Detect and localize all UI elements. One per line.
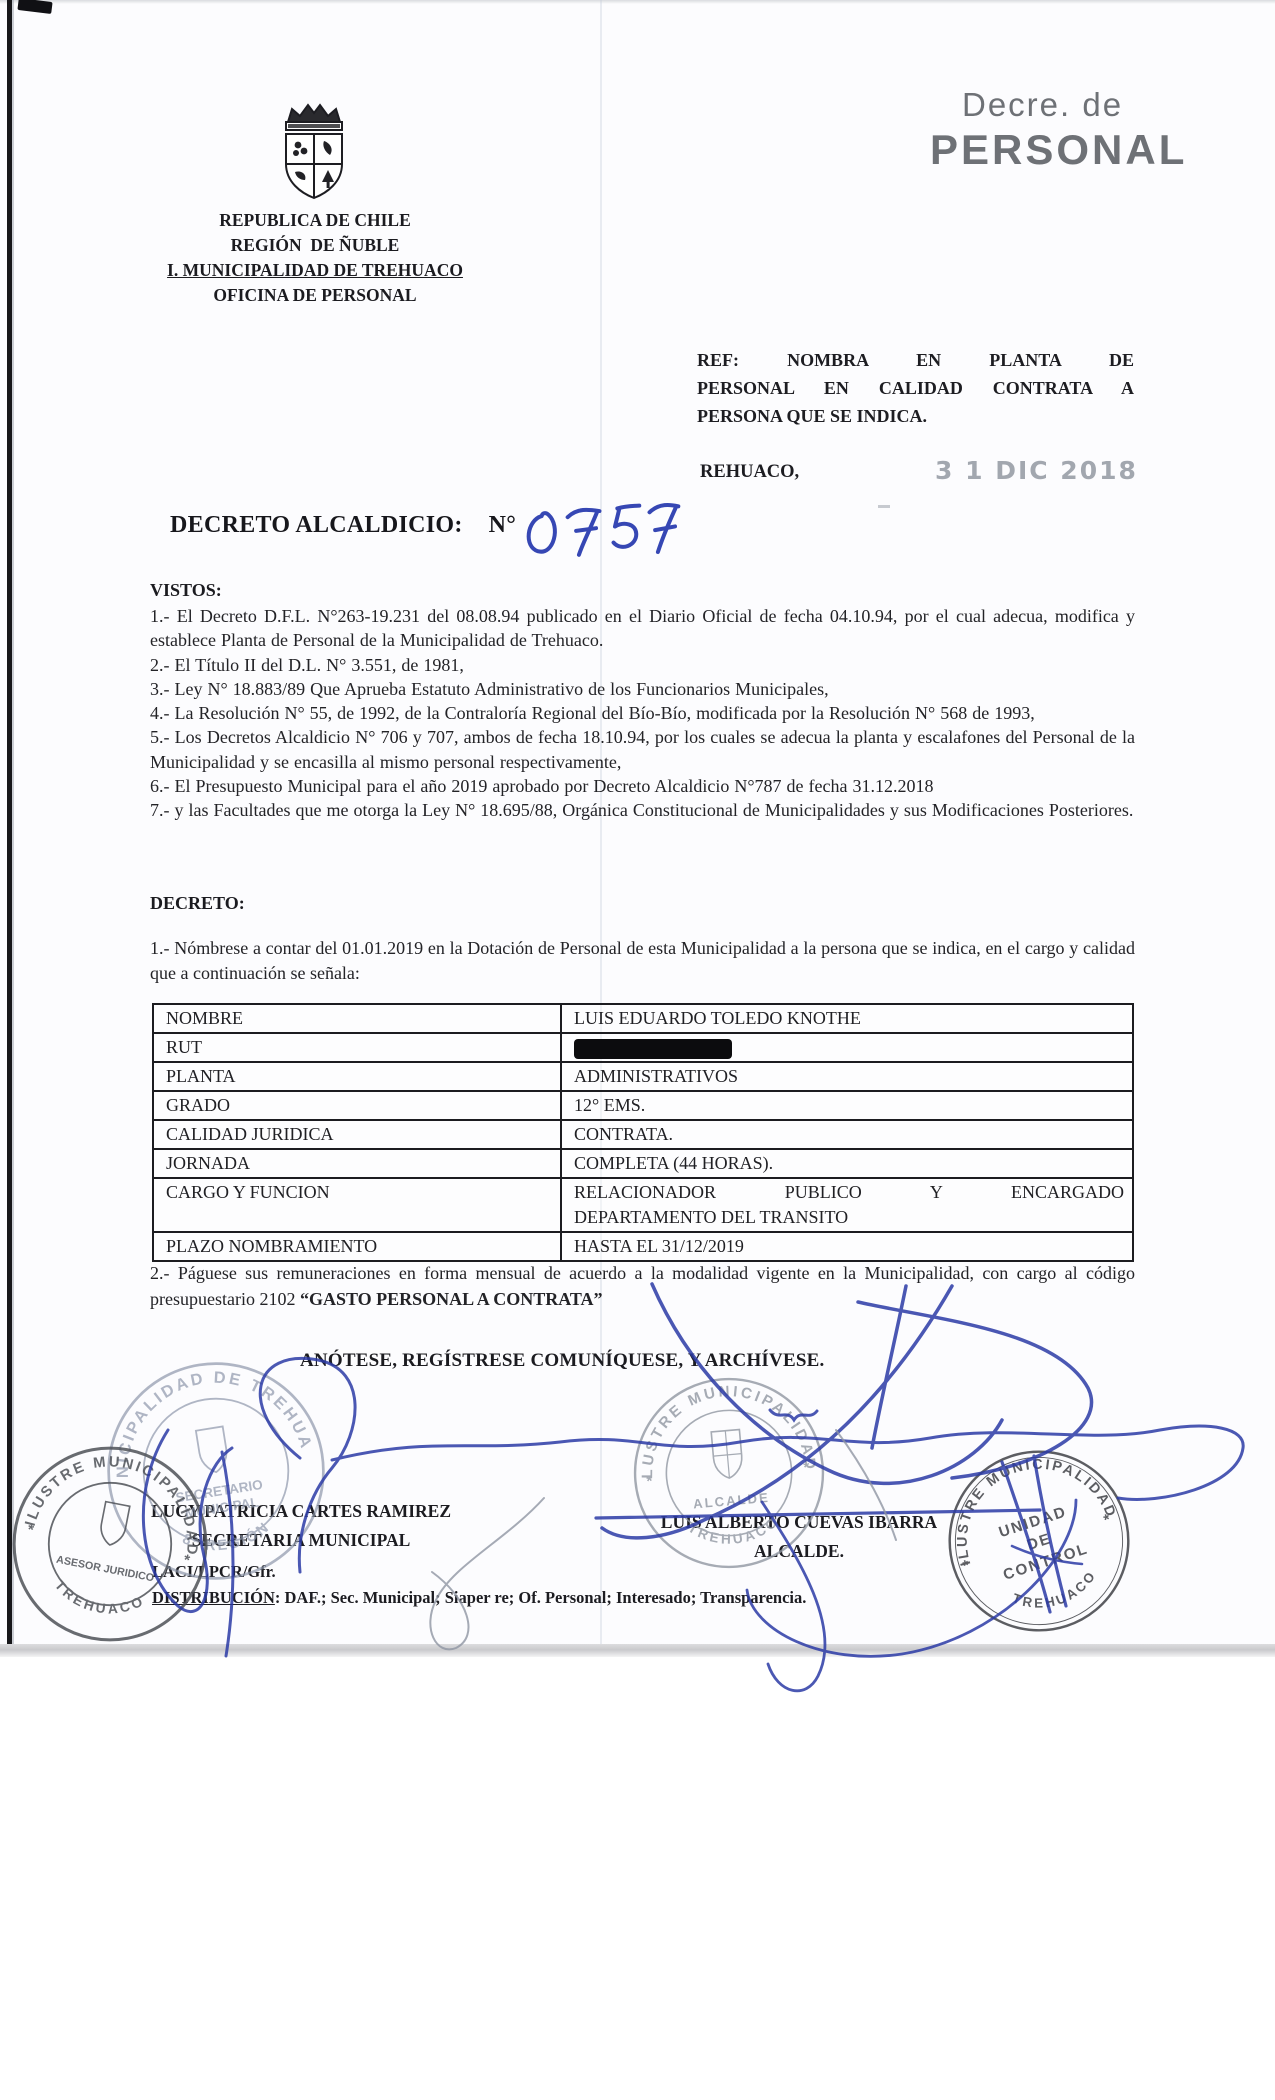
secretary-title: SECRETARIA MUNICIPAL bbox=[118, 1526, 484, 1555]
ref-block: REF: NOMBRA EN PLANTA DE PERSONAL EN CAL… bbox=[697, 346, 1134, 430]
vistos-item-7: 7.- y las Facultades que me otorga la Le… bbox=[150, 798, 1135, 822]
stamp-star-left: * bbox=[646, 1473, 653, 1490]
appointment-table: NOMBRELUIS EDUARDO TOLEDO KNOTHE RUT PLA… bbox=[152, 1003, 1134, 1262]
ref-line-2: PERSONAL EN CALIDAD CONTRATA A bbox=[697, 374, 1134, 402]
svg-text:TREHUACO: TREHUACO bbox=[1007, 1564, 1105, 1621]
decreto-clause-2: 2.- Páguese sus remuneraciones en forma … bbox=[150, 1260, 1135, 1312]
row-value: HASTA EL 31/12/2019 bbox=[562, 1233, 1132, 1260]
footer-initials: LACI/LPCR/Gfr. bbox=[152, 1562, 276, 1582]
row-value-line1: RELACIONADOR PUBLICO Y ENCARGADO bbox=[574, 1180, 1124, 1205]
stamp-star-right: * bbox=[803, 1459, 810, 1476]
letterhead-office: OFICINA DE PERSONAL bbox=[115, 283, 515, 308]
scan-corner-mark bbox=[17, 0, 52, 14]
stamp-ring-bottom: TREHUACO bbox=[48, 1576, 150, 1625]
row-value: CONTRATA. bbox=[562, 1121, 1132, 1148]
mayor-name: LUIS ALBERTO CUEVAS IBARRA bbox=[636, 1508, 962, 1537]
row-value-redacted bbox=[562, 1034, 1132, 1061]
ref-line-3: PERSONA QUE SE INDICA. bbox=[697, 402, 1134, 430]
stamp-ring-top: ILUSTRE MUNICIPALIDAD bbox=[620, 1364, 819, 1489]
document-page: REPUBLICA DE CHILE REGIÓN DE ÑUBLE I. MU… bbox=[0, 0, 1275, 1648]
row-value: LUIS EDUARDO TOLEDO KNOTHE bbox=[562, 1005, 1132, 1032]
row-label: RUT bbox=[154, 1034, 562, 1061]
distribution-label: DISTRIBUCIÓN bbox=[152, 1588, 275, 1607]
letterhead: REPUBLICA DE CHILE REGIÓN DE ÑUBLE I. MU… bbox=[115, 208, 515, 308]
vistos-item-2: 2.- El Título II del D.L. N° 3.551, de 1… bbox=[150, 653, 1135, 677]
row-label: PLANTA bbox=[154, 1063, 562, 1090]
handwritten-decree-number bbox=[511, 487, 691, 567]
vistos-item-1: 1.- El Decreto D.F.L. N°263-19.231 del 0… bbox=[150, 604, 1135, 653]
vistos-item-4: 4.- La Resolución N° 55, de 1992, de la … bbox=[150, 701, 1135, 725]
table-row: GRADO12° EMS. bbox=[154, 1092, 1132, 1121]
svg-text:MUNICIPALIDAD DE TREHUACO: MUNICIPALIDAD DE TREHUACO bbox=[87, 1342, 316, 1485]
row-value: 12° EMS. bbox=[562, 1092, 1132, 1119]
clause-2-bold: “GASTO PERSONAL A CONTRATA” bbox=[300, 1289, 603, 1309]
letterhead-country: REPUBLICA DE CHILE bbox=[115, 208, 515, 233]
vistos-item-5: 5.- Los Decretos Alcaldicio N° 706 y 707… bbox=[150, 725, 1135, 774]
row-value-line2: DEPARTAMENTO DEL TRANSITO bbox=[574, 1205, 1124, 1230]
row-label: PLAZO NOMBRAMIENTO bbox=[154, 1233, 562, 1260]
mayor-signature-block: LUIS ALBERTO CUEVAS IBARRA ALCALDE. bbox=[636, 1508, 962, 1566]
svg-text:TREHUACO: TREHUACO bbox=[48, 1576, 150, 1625]
date-stamp-tick bbox=[878, 505, 890, 508]
stamp-ring-bottom: TREHUACO bbox=[1007, 1564, 1105, 1621]
row-label: JORNADA bbox=[154, 1150, 562, 1177]
table-row: CARGO Y FUNCION RELACIONADOR PUBLICO Y E… bbox=[154, 1179, 1132, 1233]
letterhead-municipality: I. MUNICIPALIDAD DE TREHUACO bbox=[115, 258, 515, 283]
stamp-star-left: * bbox=[26, 1521, 35, 1539]
stamp-center-line1: UNIDAD bbox=[997, 1503, 1069, 1541]
paper-crease bbox=[600, 0, 602, 1647]
stamp-center: ASESOR JURIDICO bbox=[55, 1554, 155, 1585]
row-label: CARGO Y FUNCION bbox=[154, 1179, 562, 1231]
secretary-name: LUCY PATRICIA CARTES RAMIREZ bbox=[118, 1497, 484, 1526]
table-row: NOMBRELUIS EDUARDO TOLEDO KNOTHE bbox=[154, 1005, 1132, 1034]
decreto-clause-1: 1.- Nómbrese a contar del 01.01.2019 en … bbox=[150, 936, 1135, 986]
table-row: JORNADACOMPLETA (44 HORAS). bbox=[154, 1150, 1132, 1179]
table-row: RUT bbox=[154, 1034, 1132, 1063]
date-stamp: 3 1 DIC 2018 bbox=[935, 456, 1138, 485]
redaction-bar bbox=[574, 1039, 732, 1059]
mayor-title: ALCALDE. bbox=[636, 1537, 962, 1566]
stamp-star-left: * bbox=[961, 1557, 972, 1575]
decree-title-label: DECRETO ALCALDICIO: bbox=[170, 512, 463, 538]
decree-title: DECRETO ALCALDICIO:N° bbox=[170, 512, 516, 539]
row-value: ADMINISTRATIVOS bbox=[562, 1063, 1132, 1090]
letterhead-region: REGIÓN DE ÑUBLE bbox=[115, 233, 515, 258]
personal-decree-stamp-line1: Decre. de bbox=[930, 86, 1230, 124]
distribution-text: : DAF.; Sec. Municipal; Siaper re; Of. P… bbox=[275, 1588, 807, 1607]
row-value: RELACIONADOR PUBLICO Y ENCARGADO DEPARTA… bbox=[562, 1179, 1132, 1231]
closing-line: ANÓTESE, REGÍSTRESE COMUNÍQUESE, Y ARCHÍ… bbox=[300, 1350, 900, 1372]
scan-left-edge-soft bbox=[12, 0, 14, 1647]
row-label: CALIDAD JURIDICA bbox=[154, 1121, 562, 1148]
table-row: CALIDAD JURIDICACONTRATA. bbox=[154, 1121, 1132, 1150]
stamp-ring-top: MUNICIPALIDAD DE TREHUACO bbox=[87, 1342, 316, 1485]
svg-text:ILUSTRE MUNICIPALIDAD: ILUSTRE MUNICIPALIDAD bbox=[620, 1364, 819, 1489]
clause-2-text: 2.- Páguese sus remuneraciones en forma … bbox=[150, 1263, 1135, 1309]
stamp-center-line3: CONTROL bbox=[1001, 1540, 1090, 1583]
table-row: PLANTAADMINISTRATIVOS bbox=[154, 1063, 1132, 1092]
row-label: NOMBRE bbox=[154, 1005, 562, 1032]
vistos-item-6: 6.- El Presupuesto Municipal para el año… bbox=[150, 774, 1135, 798]
vistos-heading: VISTOS: bbox=[150, 580, 222, 601]
distribution-line: DISTRIBUCIÓN: DAF.; Sec. Municipal; Siap… bbox=[152, 1588, 806, 1608]
personal-decree-stamp-line2: PERSONAL bbox=[930, 126, 1230, 174]
ref-line-1: REF: NOMBRA EN PLANTA DE bbox=[697, 346, 1134, 374]
vistos-item-3: 3.- Ley N° 18.883/89 Que Aprueba Estatut… bbox=[150, 677, 1135, 701]
vistos-list: 1.- El Decreto D.F.L. N°263-19.231 del 0… bbox=[150, 604, 1135, 823]
row-label: GRADO bbox=[154, 1092, 562, 1119]
dateline-city: REHUACO, bbox=[700, 462, 799, 483]
table-row: PLAZO NOMBRAMIENTOHASTA EL 31/12/2019 bbox=[154, 1233, 1132, 1260]
secretary-signature-block: LUCY PATRICIA CARTES RAMIREZ SECRETARIA … bbox=[118, 1497, 484, 1555]
scanned-decree-page: { "office_stamp": { "line1": "Decre. de"… bbox=[0, 0, 1275, 2100]
personal-decree-stamp: Decre. de PERSONAL bbox=[930, 86, 1230, 174]
row-value: COMPLETA (44 HORAS). bbox=[562, 1150, 1132, 1177]
municipal-coat-of-arms-icon bbox=[268, 100, 358, 206]
page-bottom-shadow bbox=[0, 1644, 1275, 1657]
decreto-heading: DECRETO: bbox=[150, 893, 245, 914]
scan-top-edge bbox=[0, 0, 1275, 4]
stamp-star-right: * bbox=[1102, 1511, 1113, 1529]
stamp-center-line2: DE bbox=[1025, 1530, 1054, 1554]
